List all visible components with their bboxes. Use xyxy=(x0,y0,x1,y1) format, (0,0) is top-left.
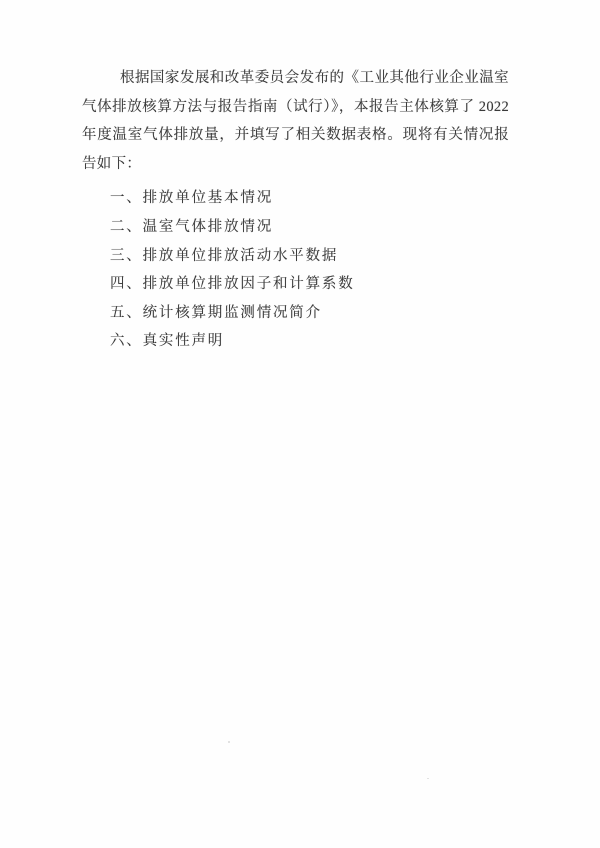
toc-item-authenticity-statement: 六、真实性声明 xyxy=(110,327,509,356)
toc-item-activity-data: 三、排放单位排放活动水平数据 xyxy=(110,242,509,271)
page-content: 根据国家发展和改革委员会发布的《工业其他行业企业温室气体排放核算方法与报告指南（… xyxy=(82,64,509,356)
toc-item-monitoring-summary: 五、统计核算期监测情况简介 xyxy=(110,299,509,328)
toc-item-ghg-emissions: 二、温室气体排放情况 xyxy=(110,213,509,242)
intro-paragraph: 根据国家发展和改革委员会发布的《工业其他行业企业温室气体排放核算方法与报告指南（… xyxy=(82,64,509,178)
toc-list: 一、排放单位基本情况 二、温室气体排放情况 三、排放单位排放活动水平数据 四、排… xyxy=(82,184,509,356)
toc-item-basic-info: 一、排放单位基本情况 xyxy=(110,184,509,213)
scan-speck xyxy=(427,778,429,779)
document-page: 根据国家发展和改革委员会发布的《工业其他行业企业温室气体排放核算方法与报告指南（… xyxy=(0,0,600,848)
toc-item-emission-factors: 四、排放单位排放因子和计算系数 xyxy=(110,270,509,299)
scan-speck xyxy=(228,741,230,743)
